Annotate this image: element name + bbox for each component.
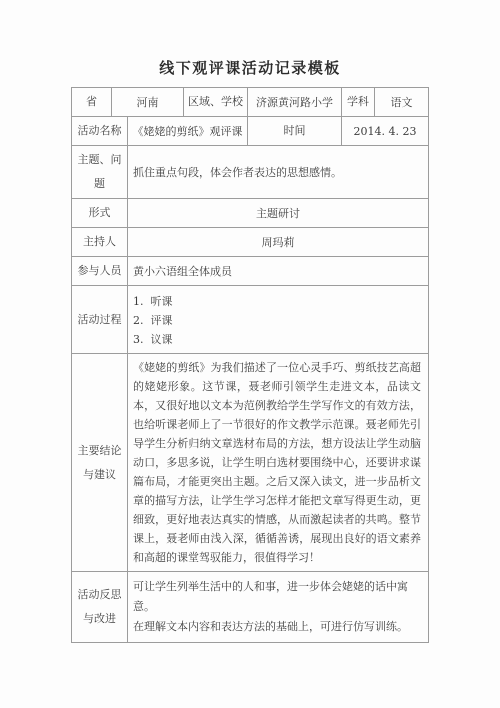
host-content: 周玛莉 [128, 228, 429, 257]
subject-value: 语文 [375, 88, 429, 117]
page-title: 线下观评课活动记录模板 [0, 58, 500, 78]
topic-content: 抓住重点句段，体会作者表达的思想感情。 [128, 146, 429, 199]
subject-label: 学科 [342, 88, 375, 117]
region-label: 区域、学校 [184, 88, 248, 117]
table-row-form: 形式 主题研讨 [72, 199, 429, 228]
reflection-content: 可让学生列举生活中的人和事，进一步体会姥姥的话中寓意。 在理解文本内容和表达方法… [128, 572, 429, 643]
table-row-topic: 主题、问题 抓住重点句段，体会作者表达的思想感情。 [72, 146, 429, 199]
table-row-activity: 活动名称 《姥姥的剪纸》观评课 时间 2014. 4. 23 [72, 117, 429, 146]
record-table: 省 河南 区域、学校 济源黄河路小学 学科 语文 活动名称 《姥姥的剪纸》观评课… [71, 87, 429, 643]
activity-name-label: 活动名称 [72, 117, 128, 146]
process-item-1: 1. 听课 [133, 292, 423, 311]
host-label: 主持人 [72, 228, 128, 257]
form-label: 形式 [72, 199, 128, 228]
process-label: 活动过程 [72, 286, 128, 354]
province-label: 省 [72, 88, 112, 117]
document-page: 线下观评课活动记录模板 省 河南 区域、学校 济源黄河路小学 学科 语文 活动名… [0, 0, 500, 708]
table-row-host: 主持人 周玛莉 [72, 228, 429, 257]
reflection-line-2: 在理解文本内容和表达方法的基础上，可进行仿写训练。 [133, 617, 421, 637]
topic-label: 主题、问题 [72, 146, 128, 199]
table-row-conclusion: 主要结论与建议 《姥姥的剪纸》为我们描述了一位心灵手巧、剪纸技艺高超的姥姥形象。… [72, 354, 429, 572]
table-row-reflection: 活动反思与改进 可让学生列举生活中的人和事，进一步体会姥姥的话中寓意。 在理解文… [72, 572, 429, 643]
province-value: 河南 [112, 88, 184, 117]
activity-name-value: 《姥姥的剪纸》观评课 [128, 117, 248, 146]
table-row-participants: 参与人员 黄小六语组全体成员 [72, 257, 429, 286]
region-value: 济源黄河路小学 [248, 88, 342, 117]
table-row-info: 省 河南 区域、学校 济源黄河路小学 学科 语文 [72, 88, 429, 117]
reflection-label: 活动反思与改进 [72, 572, 128, 643]
process-content: 1. 听课 2. 评课 3. 议课 [128, 286, 429, 354]
time-label: 时间 [248, 117, 342, 146]
time-value: 2014. 4. 23 [342, 117, 429, 146]
table-row-process: 活动过程 1. 听课 2. 评课 3. 议课 [72, 286, 429, 354]
process-item-2: 2. 评课 [133, 311, 423, 330]
participants-content: 黄小六语组全体成员 [128, 257, 429, 286]
reflection-line-1: 可让学生列举生活中的人和事，进一步体会姥姥的话中寓意。 [133, 577, 421, 617]
participants-label: 参与人员 [72, 257, 128, 286]
conclusion-label: 主要结论与建议 [72, 354, 128, 572]
conclusion-paragraph: 《姥姥的剪纸》为我们描述了一位心灵手巧、剪纸技艺高超的姥姥形象。这节课，聂老师引… [133, 358, 421, 567]
form-content: 主题研讨 [128, 199, 429, 228]
process-item-3: 3. 议课 [133, 330, 423, 349]
conclusion-content: 《姥姥的剪纸》为我们描述了一位心灵手巧、剪纸技艺高超的姥姥形象。这节课，聂老师引… [128, 354, 429, 572]
